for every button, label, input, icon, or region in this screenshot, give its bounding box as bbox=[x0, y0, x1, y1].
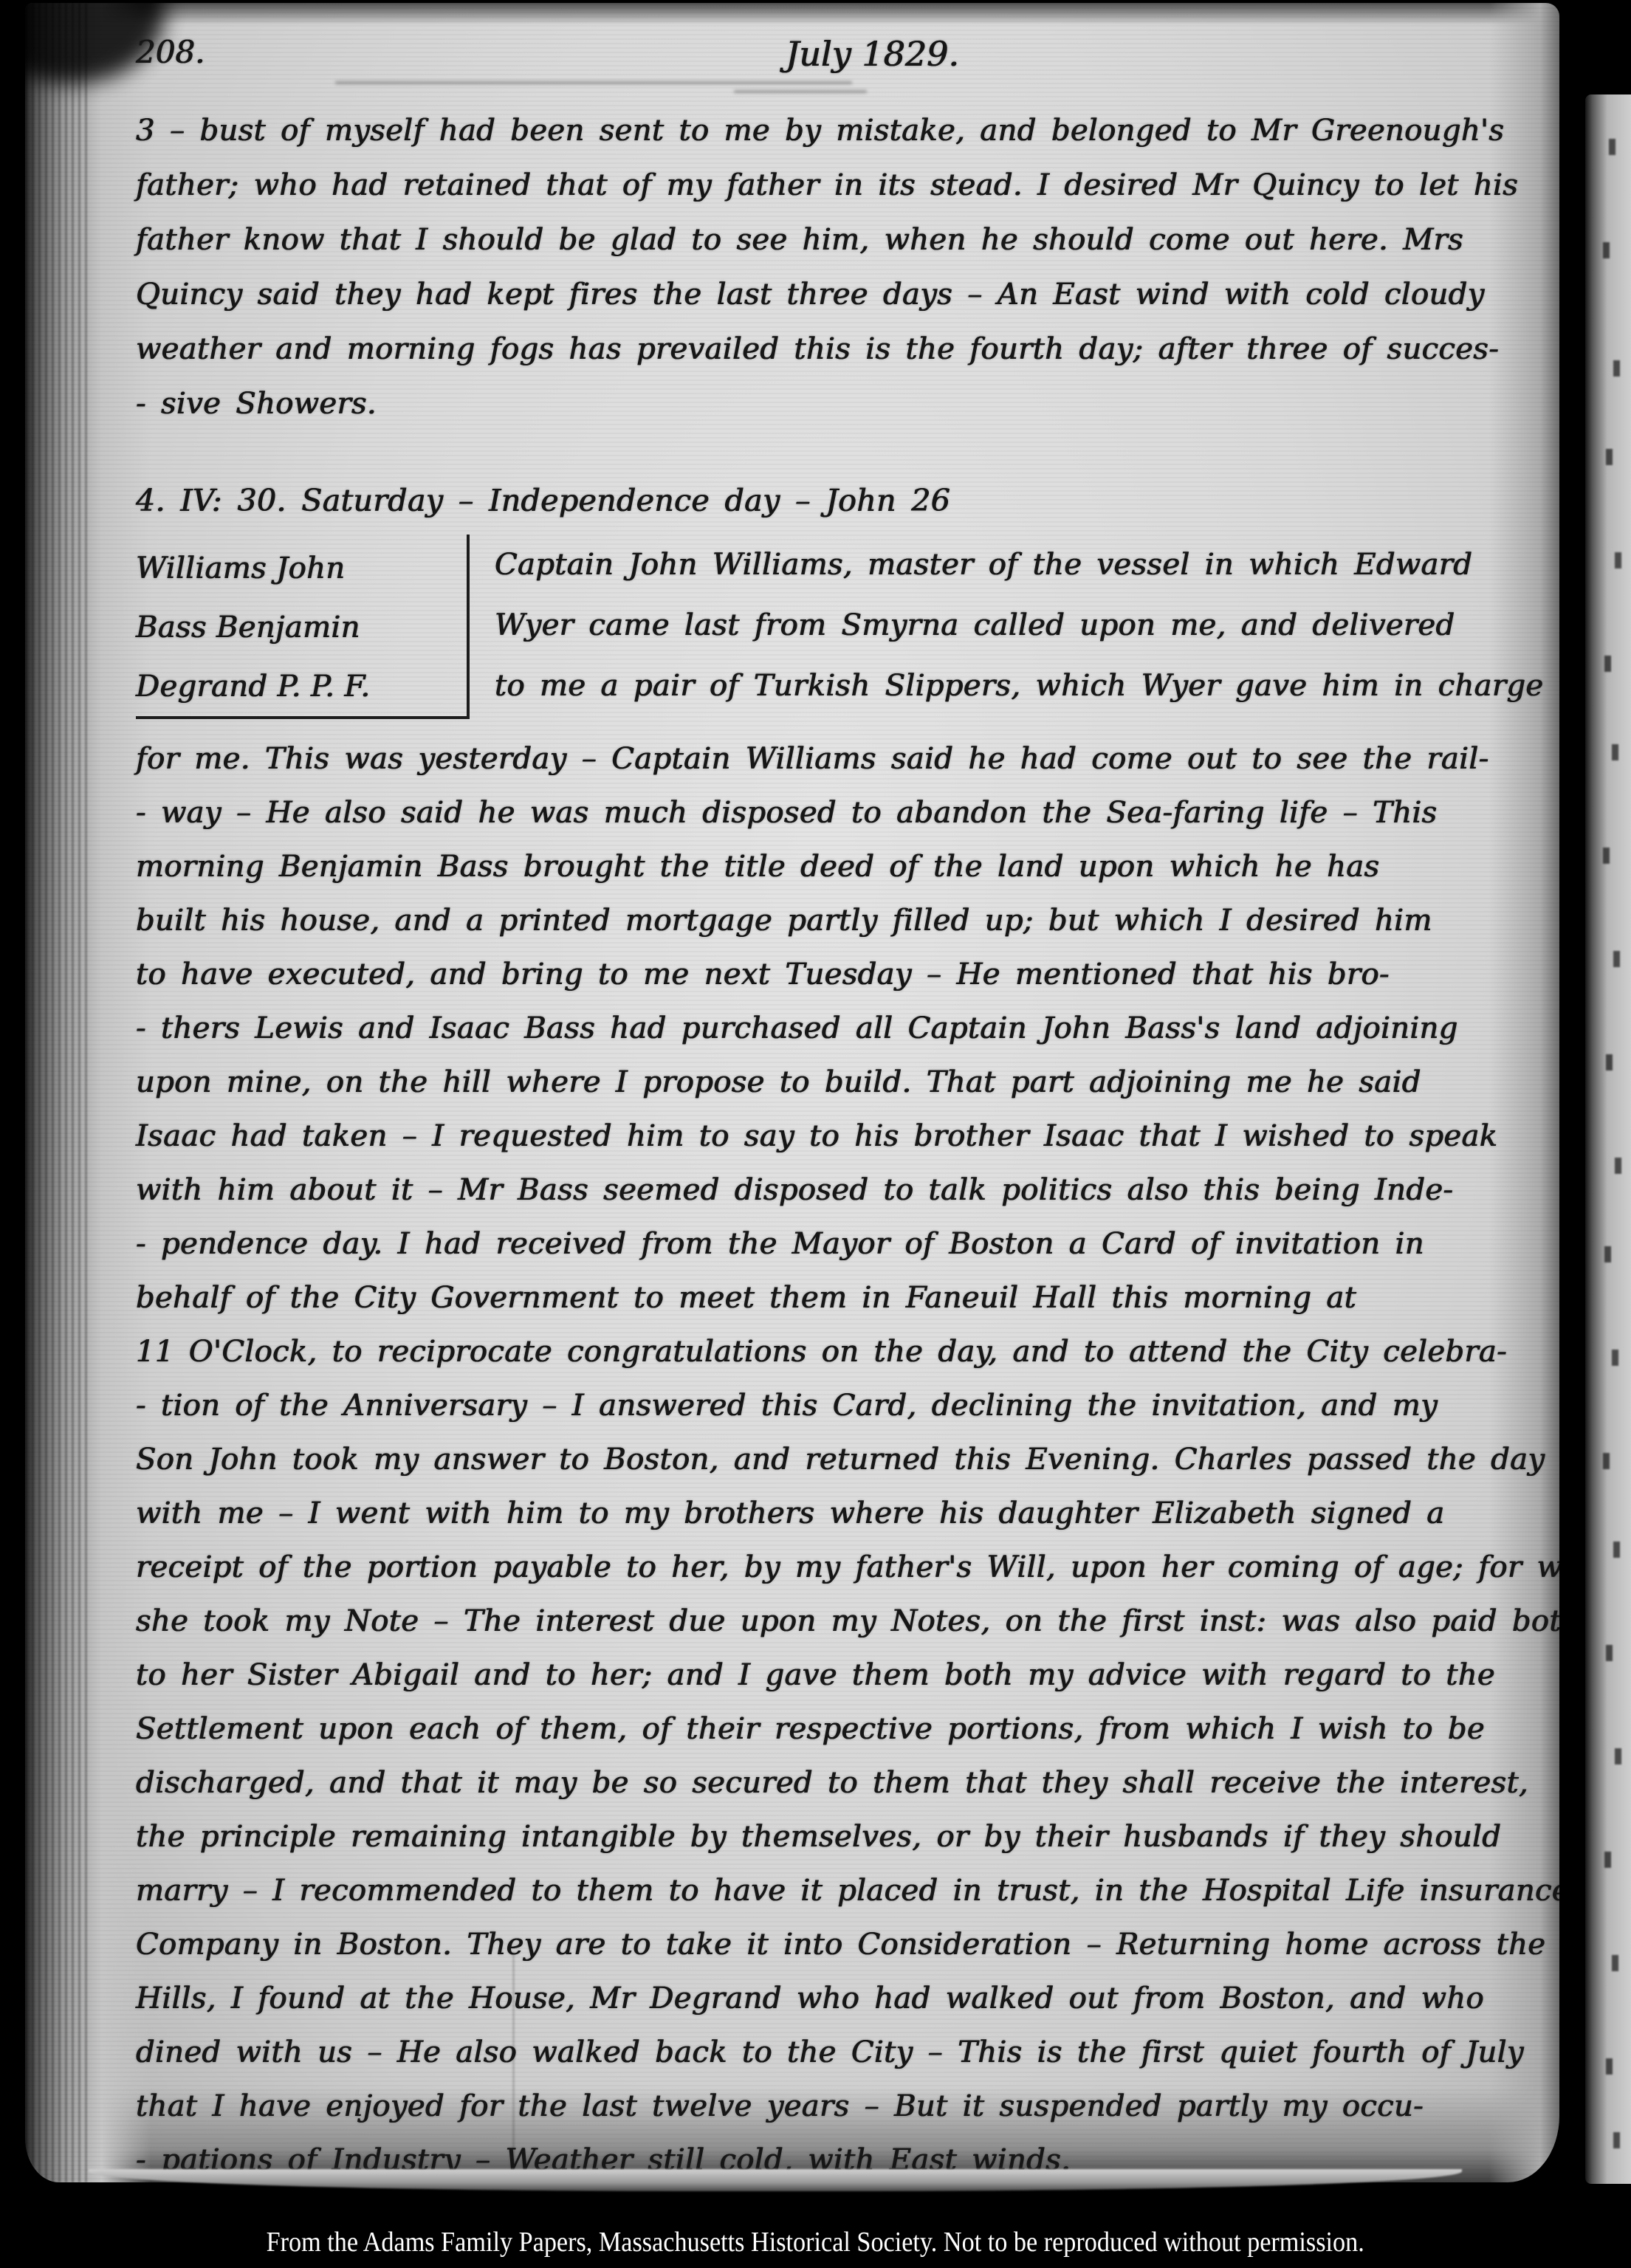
manuscript-line: Quincy said they had kept fires the last… bbox=[136, 267, 1559, 322]
facing-page-ink-marks bbox=[1599, 139, 1605, 155]
manuscript-line: with me – I went with him to my brothers… bbox=[136, 1487, 1559, 1541]
manuscript-line: Settlement upon each of them, of their r… bbox=[136, 1702, 1559, 1756]
manuscript-content: 208. July 1829. 3 – bust of myself had b… bbox=[136, 34, 1559, 2182]
manuscript-line: father know that I should be glad to see… bbox=[136, 213, 1559, 267]
manuscript-line: Wyer came last from Smyrna called upon m… bbox=[495, 595, 1559, 656]
manuscript-line: 11 O'Clock, to reciprocate congratulatio… bbox=[136, 1325, 1559, 1379]
manuscript-line: the principle remaining intangible by th… bbox=[136, 1810, 1559, 1864]
manuscript-scan: 208. July 1829. 3 – bust of myself had b… bbox=[0, 0, 1631, 2268]
manuscript-line: - tion of the Anniversary – I answered t… bbox=[136, 1379, 1559, 1433]
page-number: 208. bbox=[136, 34, 205, 70]
manuscript-line: to have executed, and bring to me next T… bbox=[136, 948, 1559, 1002]
manuscript-line: weather and morning fogs has prevailed t… bbox=[136, 322, 1559, 377]
manuscript-line: Bass Benjamin bbox=[136, 598, 447, 657]
date-heading: July 1829. bbox=[786, 34, 959, 74]
entry-july-4-body: for me. This was yesterday – Captain Wil… bbox=[136, 732, 1559, 2182]
page-bottom-stack-edge bbox=[89, 2169, 1462, 2191]
manuscript-line: Isaac had taken – I requested him to say… bbox=[136, 1110, 1559, 1164]
manuscript-line: - pendence day. I had received from the … bbox=[136, 1217, 1559, 1271]
manuscript-line: Degrand P. P. F. bbox=[136, 657, 447, 716]
page-header: 208. July 1829. bbox=[136, 34, 1559, 81]
manuscript-line: Williams John bbox=[136, 539, 447, 598]
entry-july-4-opening-lines: Captain John Williams, master of the ves… bbox=[470, 535, 1559, 719]
manuscript-line: to her Sister Abigail and to her; and I … bbox=[136, 1649, 1559, 1702]
manuscript-line: Son John took my answer to Boston, and r… bbox=[136, 1433, 1559, 1487]
facing-page-sliver bbox=[1585, 94, 1631, 2184]
manuscript-line: - way – He also said he was much dispose… bbox=[136, 786, 1559, 840]
footer-credit-text: From the Adams Family Papers, Massachuse… bbox=[267, 2226, 1364, 2258]
manuscript-line: marry – I recommended to them to have it… bbox=[136, 1864, 1559, 1918]
manuscript-line: she took my Note – The interest due upon… bbox=[136, 1595, 1559, 1649]
entry-july-4-opening: Williams JohnBass BenjaminDegrand P. P. … bbox=[136, 535, 1559, 719]
manuscript-line: 3 – bust of myself had been sent to me b… bbox=[136, 103, 1559, 158]
book-spine-texture bbox=[25, 3, 89, 2182]
margin-name-box: Williams JohnBass BenjaminDegrand P. P. … bbox=[136, 535, 470, 719]
manuscript-line: built his house, and a printed mortgage … bbox=[136, 894, 1559, 948]
manuscript-line: morning Benjamin Bass brought the title … bbox=[136, 840, 1559, 894]
manuscript-line: with him about it – Mr Bass seemed dispo… bbox=[136, 1164, 1559, 1217]
manuscript-line: discharged, and that it may be so secure… bbox=[136, 1756, 1559, 1810]
manuscript-line: behalf of the City Government to meet th… bbox=[136, 1271, 1559, 1325]
manuscript-line: that I have enjoyed for the last twelve … bbox=[136, 2080, 1559, 2134]
manuscript-page: 208. July 1829. 3 – bust of myself had b… bbox=[25, 3, 1559, 2182]
manuscript-line: upon mine, on the hill where I propose t… bbox=[136, 1056, 1559, 1110]
manuscript-line: Hills, I found at the House, Mr Degrand … bbox=[136, 1972, 1559, 2026]
manuscript-line: receipt of the portion payable to her, b… bbox=[136, 1541, 1559, 1595]
manuscript-line: father; who had retained that of my fath… bbox=[136, 158, 1559, 213]
manuscript-line: Captain John Williams, master of the ves… bbox=[495, 535, 1559, 595]
manuscript-line: - thers Lewis and Isaac Bass had purchas… bbox=[136, 1002, 1559, 1056]
footer-credit-bar: From the Adams Family Papers, Massachuse… bbox=[0, 2216, 1631, 2268]
manuscript-line: to me a pair of Turkish Slippers, which … bbox=[495, 656, 1559, 716]
entry-july-4-dateline: 4. IV: 30. Saturday – Independence day –… bbox=[136, 472, 1559, 529]
entry-july-3: 3 – bust of myself had been sent to me b… bbox=[136, 103, 1559, 431]
manuscript-line: - sive Showers. bbox=[136, 377, 1559, 431]
manuscript-line: Company in Boston. They are to take it i… bbox=[136, 1918, 1559, 1972]
manuscript-line: for me. This was yesterday – Captain Wil… bbox=[136, 732, 1559, 786]
manuscript-line: dined with us – He also walked back to t… bbox=[136, 2026, 1559, 2080]
